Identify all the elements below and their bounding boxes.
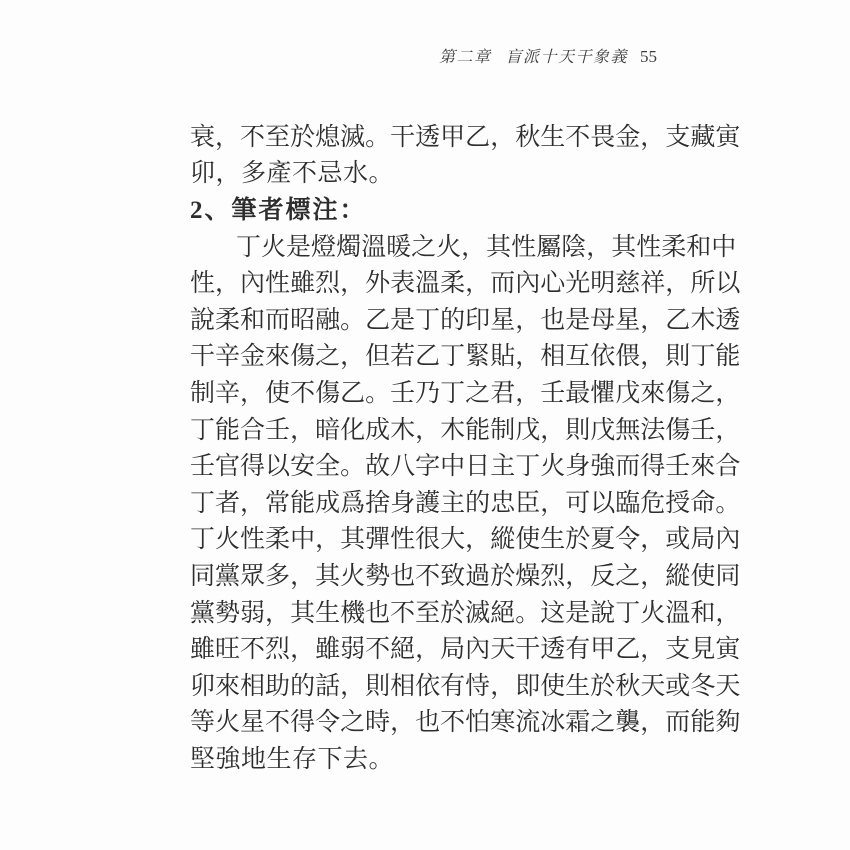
- text-line: 丁火是燈燭溫暖之火，其性屬陰，其性柔和中: [190, 229, 668, 266]
- glyph: 和: [686, 235, 711, 260]
- glyph: 不: [240, 637, 265, 662]
- glyph: ，: [640, 527, 665, 552]
- glyph: 秋: [515, 125, 540, 150]
- glyph: 夏: [590, 527, 615, 552]
- text-line: 丁火性柔中，其彈性很大，縱使生於夏令，或局內: [190, 522, 668, 559]
- glyph: 主: [490, 454, 515, 479]
- glyph: 干: [390, 125, 415, 150]
- glyph: 。: [515, 601, 540, 626]
- glyph: 心: [540, 271, 565, 296]
- glyph: ，: [390, 710, 415, 735]
- glyph: 甲: [440, 125, 465, 150]
- glyph: 黨: [215, 564, 240, 589]
- glyph: 勢: [215, 601, 240, 626]
- glyph: 於: [440, 601, 465, 626]
- glyph: 柔: [265, 527, 290, 552]
- text-line: 丁能合壬，暗化成木，木能制戊，則戊無法傷壬，: [190, 412, 668, 449]
- scanned-book-page: 第二章 盲派十天干象義 55 衰，不至於熄滅。干透甲乙，秋生不畏金，支藏寅卯，多…: [0, 0, 850, 850]
- glyph: 生: [315, 601, 340, 626]
- glyph: 丁: [440, 381, 465, 406]
- glyph: 火: [640, 601, 665, 626]
- glyph: 懼: [590, 381, 615, 406]
- glyph: 表: [390, 271, 415, 296]
- glyph: 丁: [190, 491, 215, 516]
- glyph: 支: [665, 125, 690, 150]
- glyph: 大: [440, 527, 465, 552]
- glyph: 燭: [336, 235, 361, 260]
- glyph: 也: [390, 564, 415, 589]
- glyph: 支: [665, 637, 690, 662]
- glyph: 的: [440, 308, 465, 333]
- glyph: 致: [440, 564, 465, 589]
- glyph: ，: [640, 637, 665, 662]
- glyph: 丁: [515, 454, 540, 479]
- text-line: 等火星不得令之時，也不怕寒流冰霜之襲，而能夠: [190, 705, 668, 742]
- glyph: 制: [490, 418, 515, 443]
- glyph: 不: [265, 710, 290, 735]
- glyph: 法: [640, 418, 665, 443]
- glyph: 溫: [665, 601, 690, 626]
- glyph: 丁: [690, 344, 715, 369]
- glyph: 柔: [661, 235, 686, 260]
- glyph: 滅: [465, 601, 490, 626]
- text-line: 卯，多產不忌水。: [190, 156, 668, 193]
- glyph: 相: [390, 674, 415, 699]
- glyph: 戊: [590, 418, 615, 443]
- text-line: 性，內性雖烈，外表溫柔，而內心光明慈祥，所以: [190, 265, 668, 302]
- glyph: ，: [515, 344, 540, 369]
- glyph: ，: [715, 418, 740, 443]
- glyph: 乃: [415, 381, 440, 406]
- glyph: 同: [715, 564, 740, 589]
- glyph: 壬: [690, 418, 715, 443]
- glyph: 令: [615, 527, 640, 552]
- glyph: 陰: [561, 235, 586, 260]
- glyph: ，: [640, 308, 665, 333]
- glyph: 透: [415, 125, 440, 150]
- glyph: 來: [265, 344, 290, 369]
- glyph: 即: [515, 674, 540, 699]
- glyph: 弱: [240, 601, 265, 626]
- glyph: ，: [540, 491, 565, 516]
- glyph: 強: [590, 454, 615, 479]
- glyph: 相: [540, 344, 565, 369]
- glyph: 金: [240, 344, 265, 369]
- glyph: 柔: [440, 271, 465, 296]
- glyph: 勢: [365, 564, 390, 589]
- glyph: 於: [290, 125, 315, 150]
- glyph: 是: [390, 308, 415, 333]
- chapter-label: 第二章: [439, 44, 492, 67]
- glyph: 忠: [490, 491, 515, 516]
- text-line: 干辛金來傷之，但若乙丁緊貼，相互依偎，則丁能: [190, 339, 668, 376]
- glyph: 燥: [515, 564, 540, 589]
- glyph: 屬: [536, 235, 561, 260]
- glyph: 於: [565, 527, 590, 552]
- glyph: 緊: [465, 344, 490, 369]
- glyph: 性: [240, 527, 265, 552]
- glyph: 乙: [415, 344, 440, 369]
- glyph: 天: [640, 674, 665, 699]
- glyph: 生: [540, 125, 565, 150]
- glyph: 干: [515, 637, 540, 662]
- glyph: 來: [690, 454, 715, 479]
- glyph: 其: [486, 235, 511, 260]
- glyph: 而: [615, 454, 640, 479]
- glyph: 光: [565, 271, 590, 296]
- glyph: 見: [690, 637, 715, 662]
- glyph: 能: [690, 710, 715, 735]
- glyph: ，: [465, 271, 490, 296]
- section-title: 盲派十天干象義: [505, 44, 628, 67]
- glyph: 融: [315, 308, 340, 333]
- glyph: 絕: [490, 601, 515, 626]
- glyph: 則: [665, 344, 690, 369]
- glyph: 很: [415, 527, 440, 552]
- glyph: 和: [690, 601, 715, 626]
- glyph: 戊: [515, 418, 540, 443]
- glyph: ，: [240, 381, 265, 406]
- glyph: 不: [565, 125, 590, 150]
- glyph: 的: [465, 491, 490, 516]
- glyph: 互: [565, 344, 590, 369]
- glyph: 暗: [315, 418, 340, 443]
- glyph: 丁: [190, 418, 215, 443]
- glyph: 而: [490, 271, 515, 296]
- glyph: 局: [690, 527, 715, 552]
- glyph: 以: [265, 454, 290, 479]
- glyph: 之: [340, 710, 365, 735]
- glyph: 滅: [340, 125, 365, 150]
- glyph: 溫: [361, 235, 386, 260]
- glyph: 或: [665, 674, 690, 699]
- glyph: 中: [290, 527, 315, 552]
- glyph: 藏: [690, 125, 715, 150]
- glyph: 常: [265, 491, 290, 516]
- glyph: 得: [240, 454, 265, 479]
- glyph: 危: [640, 491, 665, 516]
- glyph: 縱: [490, 527, 515, 552]
- glyph: 也: [415, 710, 440, 735]
- glyph: 以: [590, 491, 615, 516]
- glyph: 身: [565, 454, 590, 479]
- glyph: 乙: [365, 308, 390, 333]
- glyph: 透: [715, 308, 740, 333]
- glyph: 旺: [215, 637, 240, 662]
- glyph: 天: [715, 674, 740, 699]
- glyph: ，: [490, 674, 515, 699]
- glyph: 木: [440, 418, 465, 443]
- glyph: 柔: [215, 308, 240, 333]
- text-line: 卯來相助的話，則相依有恃，即使生於秋天或冬天: [190, 668, 668, 705]
- glyph: 星: [490, 308, 515, 333]
- glyph: 。: [365, 381, 390, 406]
- glyph: 性: [265, 271, 290, 296]
- glyph: 中: [711, 235, 736, 260]
- glyph: 臨: [615, 491, 640, 516]
- glyph: 慈: [615, 271, 640, 296]
- glyph: 黨: [190, 601, 215, 626]
- glyph: 來: [640, 381, 665, 406]
- glyph: 生: [565, 674, 590, 699]
- glyph: 丁: [415, 308, 440, 333]
- glyph: 使: [540, 674, 565, 699]
- glyph: 字: [415, 454, 440, 479]
- glyph: 以: [715, 271, 740, 296]
- glyph: 則: [365, 674, 390, 699]
- glyph: 透: [540, 637, 565, 662]
- glyph: 乙: [615, 637, 640, 662]
- glyph: 性: [636, 235, 661, 260]
- glyph: 这: [540, 601, 565, 626]
- glyph: 有: [565, 637, 590, 662]
- glyph: 能: [715, 344, 740, 369]
- text-line: 丁者，常能成爲捨身護主的忠臣，可以臨危授命。: [190, 485, 668, 522]
- glyph: 眾: [240, 564, 265, 589]
- glyph: 火: [261, 235, 286, 260]
- glyph: 烈: [265, 637, 290, 662]
- glyph: 助: [265, 674, 290, 699]
- glyph: 而: [665, 710, 690, 735]
- glyph: 卯: [190, 674, 215, 699]
- glyph: 火: [436, 235, 461, 260]
- glyph: 化: [340, 418, 365, 443]
- glyph: 母: [590, 308, 615, 333]
- page-header: 第二章 盲派十天干象義 55: [439, 44, 657, 67]
- glyph: 。: [340, 454, 365, 479]
- glyph: 局: [440, 637, 465, 662]
- glyph: 說: [590, 601, 615, 626]
- glyph: 傷: [290, 344, 315, 369]
- glyph: 也: [365, 601, 390, 626]
- glyph: 有: [440, 674, 465, 699]
- glyph: 印: [465, 308, 490, 333]
- glyph: 內: [240, 271, 265, 296]
- glyph: 身: [390, 491, 415, 516]
- glyph: 內: [465, 637, 490, 662]
- glyph: 弱: [340, 637, 365, 662]
- glyph: 丁: [615, 601, 640, 626]
- glyph: 使: [515, 527, 540, 552]
- body-text: 衰，不至於熄滅。干透甲乙，秋生不畏金，支藏寅卯，多產不忌水。2、筆者標注：丁火是…: [190, 119, 668, 778]
- glyph: 同: [190, 564, 215, 589]
- glyph: 壬: [265, 418, 290, 443]
- glyph: 者: [215, 491, 240, 516]
- glyph: 衰: [190, 125, 215, 150]
- glyph: 辛: [215, 344, 240, 369]
- glyph: ，: [640, 344, 665, 369]
- glyph: 熄: [315, 125, 340, 150]
- glyph: 雖: [315, 637, 340, 662]
- glyph: 中: [440, 454, 465, 479]
- glyph: 合: [240, 418, 265, 443]
- glyph: 傷: [665, 418, 690, 443]
- text-line: 堅強地生存下去。: [190, 741, 668, 778]
- glyph: 不: [365, 637, 390, 662]
- text-line: 衰，不至於熄滅。干透甲乙，秋生不畏金，支藏寅: [190, 119, 668, 156]
- glyph: ，: [340, 674, 365, 699]
- glyph: 命: [690, 491, 715, 516]
- glyph: 捨: [365, 491, 390, 516]
- glyph: ，: [640, 564, 665, 589]
- glyph: 令: [315, 710, 340, 735]
- glyph: 若: [390, 344, 415, 369]
- glyph: 干: [190, 344, 215, 369]
- glyph: 秋: [615, 674, 640, 699]
- glyph: 壬: [390, 381, 415, 406]
- glyph: ，: [515, 381, 540, 406]
- glyph: 恃: [465, 674, 490, 699]
- glyph: 夠: [715, 710, 740, 735]
- glyph: 之: [615, 564, 640, 589]
- glyph: 丁: [236, 235, 261, 260]
- glyph: 得: [640, 454, 665, 479]
- glyph: 多: [265, 564, 290, 589]
- glyph: 火: [215, 527, 240, 552]
- glyph: 使: [690, 564, 715, 589]
- glyph: 而: [265, 308, 290, 333]
- glyph: 祥: [640, 271, 665, 296]
- glyph: 天: [490, 637, 515, 662]
- glyph: 雖: [290, 271, 315, 296]
- glyph: 貼: [490, 344, 515, 369]
- glyph: ，: [540, 418, 565, 443]
- glyph: ，: [461, 235, 486, 260]
- glyph: 戊: [615, 381, 640, 406]
- glyph: 是: [565, 308, 590, 333]
- glyph: 烈: [540, 564, 565, 589]
- glyph: 壬: [540, 381, 565, 406]
- glyph: 於: [590, 674, 615, 699]
- glyph: 可: [565, 491, 590, 516]
- glyph: 得: [290, 710, 315, 735]
- glyph: 壬: [190, 454, 215, 479]
- text-line: 黨勢弱，其生機也不至於滅絕。这是說丁火溫和，: [190, 595, 668, 632]
- glyph: 是: [565, 601, 590, 626]
- glyph: 說: [190, 308, 215, 333]
- glyph: 護: [415, 491, 440, 516]
- glyph: 畏: [590, 125, 615, 150]
- glyph: 金: [615, 125, 640, 150]
- glyph: 其: [340, 527, 365, 552]
- glyph: ，: [215, 125, 240, 150]
- glyph: 故: [365, 454, 390, 479]
- glyph: 使: [265, 381, 290, 406]
- glyph: ，: [415, 418, 440, 443]
- glyph: ，: [715, 601, 740, 626]
- text-line: 說柔和而昭融。乙是丁的印星，也是母星，乙木透: [190, 302, 668, 339]
- glyph: 的: [290, 674, 315, 699]
- glyph: 彈: [365, 527, 390, 552]
- glyph: 之: [465, 381, 490, 406]
- glyph: 甲: [590, 637, 615, 662]
- text-line: 制辛，使不傷乙。壬乃丁之君，壬最懼戊來傷之，: [190, 375, 668, 412]
- glyph: 。: [365, 125, 390, 150]
- glyph: 寅: [715, 125, 740, 150]
- glyph: 於: [490, 564, 515, 589]
- glyph: 制: [190, 381, 215, 406]
- glyph: 不: [390, 601, 415, 626]
- section-heading-line: 2、筆者標注：: [190, 192, 668, 229]
- glyph: 是: [286, 235, 311, 260]
- text-line: 雖旺不烈，雖弱不絕，局內天干透有甲乙，支見寅: [190, 631, 668, 668]
- glyph: 君: [490, 381, 515, 406]
- glyph: 木: [690, 308, 715, 333]
- glyph: ，: [340, 344, 365, 369]
- glyph: ，: [340, 271, 365, 296]
- glyph: 不: [290, 381, 315, 406]
- glyph: 之: [315, 344, 340, 369]
- glyph: 之: [690, 381, 715, 406]
- glyph: 不: [240, 125, 265, 150]
- glyph: 其: [290, 601, 315, 626]
- glyph: 縱: [665, 564, 690, 589]
- glyph: 機: [340, 601, 365, 626]
- glyph: 流: [515, 710, 540, 735]
- glyph: 壬: [665, 454, 690, 479]
- glyph: 來: [215, 674, 240, 699]
- glyph: 相: [240, 674, 265, 699]
- glyph: 依: [590, 344, 615, 369]
- glyph: ，: [215, 271, 240, 296]
- glyph: 。: [715, 491, 740, 516]
- glyph: 火: [215, 710, 240, 735]
- glyph: ，: [265, 601, 290, 626]
- page-number: 55: [640, 47, 657, 67]
- glyph: ，: [565, 564, 590, 589]
- glyph: ，: [240, 491, 265, 516]
- glyph: 和: [240, 308, 265, 333]
- glyph: 臣: [515, 491, 540, 516]
- glyph: ，: [465, 527, 490, 552]
- glyph: 也: [540, 308, 565, 333]
- glyph: 則: [565, 418, 590, 443]
- glyph: 雖: [190, 637, 215, 662]
- glyph: 無: [615, 418, 640, 443]
- glyph: 反: [590, 564, 615, 589]
- glyph: 官: [215, 454, 240, 479]
- glyph: 其: [611, 235, 636, 260]
- glyph: 成: [315, 491, 340, 516]
- glyph: 生: [540, 527, 565, 552]
- glyph: 寒: [490, 710, 515, 735]
- glyph: 內: [515, 271, 540, 296]
- glyph: 不: [415, 564, 440, 589]
- glyph: ，: [640, 710, 665, 735]
- glyph: 。: [340, 308, 365, 333]
- glyph: 木: [390, 418, 415, 443]
- glyph: 性: [511, 235, 536, 260]
- glyph: 烈: [315, 271, 340, 296]
- glyph: 主: [440, 491, 465, 516]
- glyph: 乙: [340, 381, 365, 406]
- glyph: 成: [365, 418, 390, 443]
- glyph: 星: [240, 710, 265, 735]
- glyph: 至: [415, 601, 440, 626]
- glyph: 昭: [290, 308, 315, 333]
- glyph: 話: [315, 674, 340, 699]
- glyph: 性: [390, 527, 415, 552]
- glyph: 乙: [665, 308, 690, 333]
- glyph: 但: [365, 344, 390, 369]
- glyph: 性: [190, 271, 215, 296]
- glyph: 襲: [615, 710, 640, 735]
- glyph: 丁: [440, 344, 465, 369]
- glyph: ，: [315, 527, 340, 552]
- glyph: 絕: [390, 637, 415, 662]
- text-line: 壬官得以安全。故八字中日主丁火身強而得壬來合: [190, 448, 668, 485]
- glyph: ，: [665, 271, 690, 296]
